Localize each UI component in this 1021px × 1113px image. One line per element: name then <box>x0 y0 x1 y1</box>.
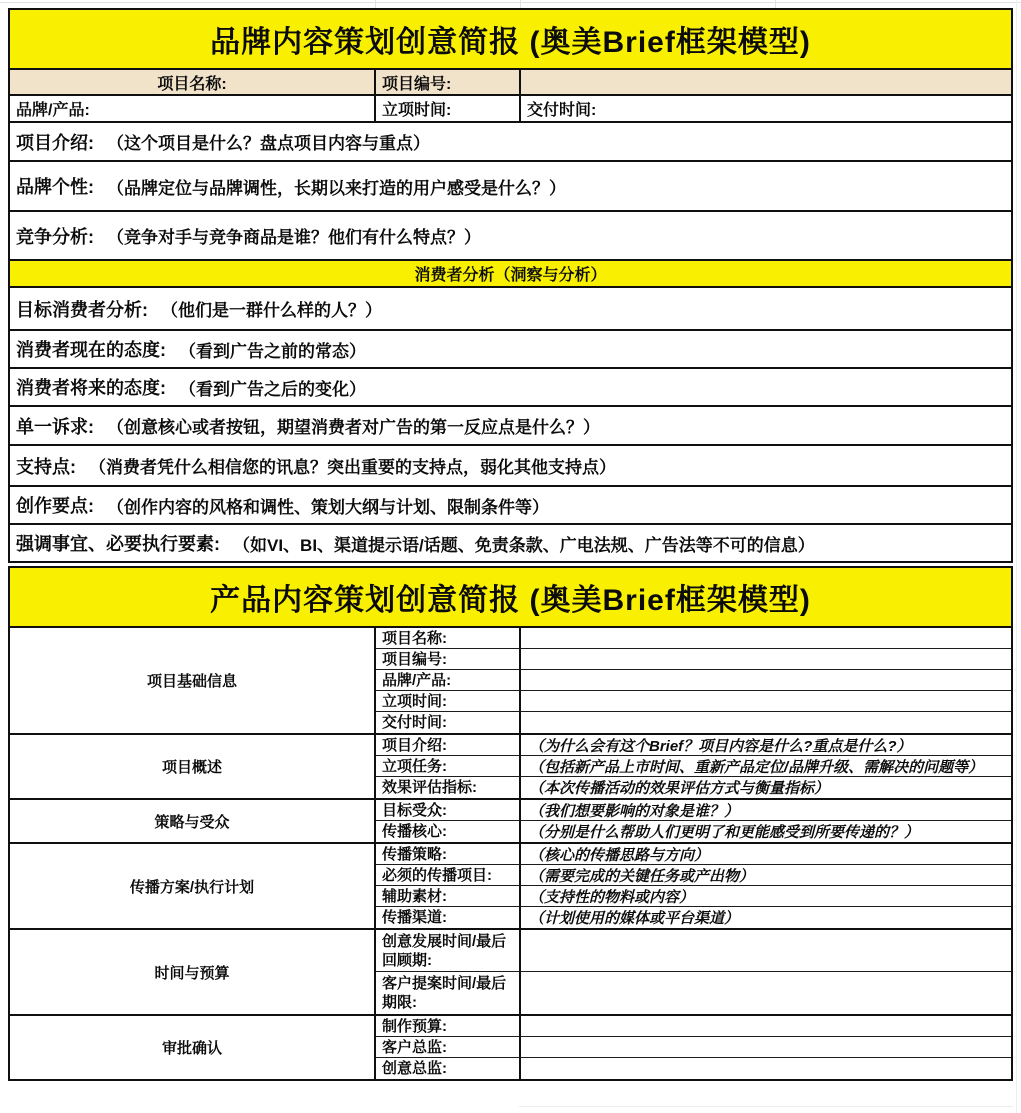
field-hint: （看到广告之后的变化） <box>179 375 366 400</box>
field-hint: （消费者凭什么相信您的讯息？突出重要的支持点，弱化其他支持点） <box>89 453 616 478</box>
field-hint: （品牌定位与品牌调性，长期以来打造的用户感受是什么？） <box>107 174 566 199</box>
field-label: 创意发展时间/最后回顾期: <box>376 930 521 971</box>
table-row: 立项任务: （包括新产品上市时间、重新产品定位/品牌升级、需解决的问题等） <box>376 756 1011 777</box>
field-label: 效果评估指标: <box>376 777 521 798</box>
field-label: 创作要点: <box>16 492 94 518</box>
value-cell: （计划使用的媒体或平台渠道） <box>521 907 1011 928</box>
section-basic-info: 项目基础信息 项目名称: 项目编号: 品牌/产品: 立项时间: 交付时间: <box>10 628 1011 735</box>
field-hint: （如VI、BI、渠道提示语/话题、免责条款、广电法规、广告法等不可的信息） <box>233 531 815 556</box>
gridline-artifact <box>1016 0 1017 1113</box>
field-label: 立项时间: <box>376 691 521 711</box>
section-strategy-audience: 策略与受众 目标受众: （我们想要影响的对象是谁？） 传播核心: （分别是什么帮… <box>10 800 1011 844</box>
section-communication-plan: 传播方案/执行计划 传播策略: （核心的传播思路与方向） 必须的传播项目: （需… <box>10 844 1011 930</box>
category-cell: 项目概述 <box>10 735 376 798</box>
field-label: 目标受众: <box>376 800 521 820</box>
value-cell <box>521 1016 1011 1036</box>
value-cell <box>521 1058 1011 1079</box>
start-date-label: 立项时间: <box>376 96 521 121</box>
table-row: 效果评估指标: （本次传播活动的效果评估方式与衡量指标） <box>376 777 1011 798</box>
value-cell: （支持性的物料或内容） <box>521 886 1011 906</box>
value-cell <box>521 691 1011 711</box>
field-label: 交付时间: <box>376 712 521 733</box>
table-row: 品牌/产品: 立项时间: 交付时间: <box>10 96 1011 123</box>
brand-brief-title: 品牌内容策划创意简报 (奥美Brief框架模型) <box>10 10 1011 70</box>
value-cell: （本次传播活动的效果评估方式与衡量指标） <box>521 777 1011 798</box>
table-row: 必须的传播项目: （需要完成的关键任务或产出物） <box>376 865 1011 886</box>
delivery-date-label: 交付时间: <box>521 96 1011 121</box>
table-row: 项目名称: <box>376 628 1011 649</box>
table-row: 创意总监: <box>376 1058 1011 1079</box>
field-hint: （这个项目是什么？盘点项目内容与重点） <box>107 129 430 154</box>
consumer-analysis-section-header: 消费者分析（洞察与分析） <box>10 261 1011 288</box>
table-row: 单一诉求: （创意核心或者按钮，期望消费者对广告的第一反应点是什么？） <box>10 407 1011 446</box>
field-label: 品牌/产品: <box>376 670 521 690</box>
value-cell: （分别是什么帮助人们更明了和更能感受到所要传递的？） <box>521 821 1011 842</box>
field-label: 辅助素材: <box>376 886 521 906</box>
value-cell <box>521 670 1011 690</box>
field-label: 消费者将来的态度: <box>16 374 166 400</box>
field-label: 品牌个性: <box>16 173 94 199</box>
field-label: 项目编号: <box>376 649 521 669</box>
table-row: 创意发展时间/最后回顾期: <box>376 930 1011 972</box>
field-label: 创意总监: <box>376 1058 521 1079</box>
field-label: 单一诉求: <box>16 413 94 439</box>
product-brief-table: 产品内容策划创意简报 (奥美Brief框架模型) 项目基础信息 项目名称: 项目… <box>8 566 1013 1081</box>
product-brief-title: 产品内容策划创意简报 (奥美Brief框架模型) <box>10 568 1011 628</box>
category-cell: 时间与预算 <box>10 930 376 1014</box>
table-row: 消费者将来的态度: （看到广告之后的变化） <box>10 369 1011 407</box>
field-label: 客户总监: <box>376 1037 521 1057</box>
category-cell: 策略与受众 <box>10 800 376 842</box>
project-number-value-cell <box>521 70 1011 94</box>
field-label: 传播策略: <box>376 844 521 864</box>
table-row: 立项时间: <box>376 691 1011 712</box>
table-row: 支持点: （消费者凭什么相信您的讯息？突出重要的支持点，弱化其他支持点） <box>10 446 1011 487</box>
gridline-artifact <box>0 2 1021 3</box>
table-row: 强调事宜、必要执行要素: （如VI、BI、渠道提示语/话题、免责条款、广电法规、… <box>10 525 1011 561</box>
field-label: 项目介绍: <box>16 129 94 155</box>
table-row: 客户总监: <box>376 1037 1011 1058</box>
field-label: 传播渠道: <box>376 907 521 928</box>
table-row: 交付时间: <box>376 712 1011 733</box>
value-cell <box>521 712 1011 733</box>
value-cell <box>521 972 1011 1014</box>
category-cell: 传播方案/执行计划 <box>10 844 376 928</box>
value-cell: （我们想要影响的对象是谁？） <box>521 800 1011 820</box>
table-row: 传播核心: （分别是什么帮助人们更明了和更能感受到所要传递的？） <box>376 821 1011 842</box>
table-row: 项目编号: <box>376 649 1011 670</box>
table-row: 品牌/产品: <box>376 670 1011 691</box>
field-hint: （竞争对手与竞争商品是谁？他们有什么特点？） <box>107 223 481 248</box>
gridline-artifact <box>519 1106 1013 1107</box>
table-row: 制作预算: <box>376 1016 1011 1037</box>
field-label: 消费者现在的态度: <box>16 336 166 362</box>
field-label: 项目名称: <box>376 628 521 648</box>
field-hint: （看到广告之前的常态） <box>179 337 366 362</box>
category-cell: 项目基础信息 <box>10 628 376 733</box>
field-label: 立项任务: <box>376 756 521 776</box>
field-label: 支持点: <box>16 453 76 479</box>
table-row: 项目名称: 项目编号: <box>10 70 1011 96</box>
table-row: 项目介绍: （为什么会有这个Brief？项目内容是什么?重点是什么?） <box>376 735 1011 756</box>
field-label: 传播核心: <box>376 821 521 842</box>
field-hint: （他们是一群什么样的人？） <box>161 296 382 321</box>
field-label: 必须的传播项目: <box>376 865 521 885</box>
field-label: 竞争分析: <box>16 223 94 249</box>
field-label: 项目介绍: <box>376 735 521 755</box>
table-row: 竞争分析: （竞争对手与竞争商品是谁？他们有什么特点？） <box>10 212 1011 261</box>
value-cell <box>521 930 1011 971</box>
value-cell <box>521 628 1011 648</box>
table-row: 辅助素材: （支持性的物料或内容） <box>376 886 1011 907</box>
section-overview: 项目概述 项目介绍: （为什么会有这个Brief？项目内容是什么?重点是什么?）… <box>10 735 1011 800</box>
section-time-budget: 时间与预算 创意发展时间/最后回顾期: 客户提案时间/最后期限: <box>10 930 1011 1016</box>
project-number-label: 项目编号: <box>376 70 521 94</box>
table-row: 传播渠道: （计划使用的媒体或平台渠道） <box>376 907 1011 928</box>
field-label: 强调事宜、必要执行要素: <box>16 530 220 556</box>
value-cell <box>521 649 1011 669</box>
value-cell <box>521 1037 1011 1057</box>
table-row: 目标受众: （我们想要影响的对象是谁？） <box>376 800 1011 821</box>
field-label: 制作预算: <box>376 1016 521 1036</box>
table-row: 目标消费者分析: （他们是一群什么样的人？） <box>10 288 1011 331</box>
value-cell: （包括新产品上市时间、重新产品定位/品牌升级、需解决的问题等） <box>521 756 1011 776</box>
table-row: 创作要点: （创作内容的风格和调性、策划大纲与计划、限制条件等） <box>10 487 1011 525</box>
project-name-label: 项目名称: <box>10 70 376 94</box>
table-row: 项目介绍: （这个项目是什么？盘点项目内容与重点） <box>10 123 1011 162</box>
table-row: 传播策略: （核心的传播思路与方向） <box>376 844 1011 865</box>
brand-product-label: 品牌/产品: <box>10 96 376 121</box>
table-row: 品牌个性: （品牌定位与品牌调性，长期以来打造的用户感受是什么？） <box>10 162 1011 212</box>
category-cell: 审批确认 <box>10 1016 376 1079</box>
table-row: 消费者现在的态度: （看到广告之前的常态） <box>10 331 1011 369</box>
value-cell: （需要完成的关键任务或产出物） <box>521 865 1011 885</box>
value-cell: （为什么会有这个Brief？项目内容是什么?重点是什么?） <box>521 735 1011 755</box>
table-row: 客户提案时间/最后期限: <box>376 972 1011 1014</box>
field-label: 客户提案时间/最后期限: <box>376 972 521 1014</box>
brand-brief-table: 品牌内容策划创意简报 (奥美Brief框架模型) 项目名称: 项目编号: 品牌/… <box>8 8 1013 563</box>
field-hint: （创意核心或者按钮，期望消费者对广告的第一反应点是什么？） <box>107 413 600 438</box>
field-hint: （创作内容的风格和调性、策划大纲与计划、限制条件等） <box>107 493 549 518</box>
value-cell: （核心的传播思路与方向） <box>521 844 1011 864</box>
field-label: 目标消费者分析: <box>16 296 148 322</box>
section-approval: 审批确认 制作预算: 客户总监: 创意总监: <box>10 1016 1011 1079</box>
